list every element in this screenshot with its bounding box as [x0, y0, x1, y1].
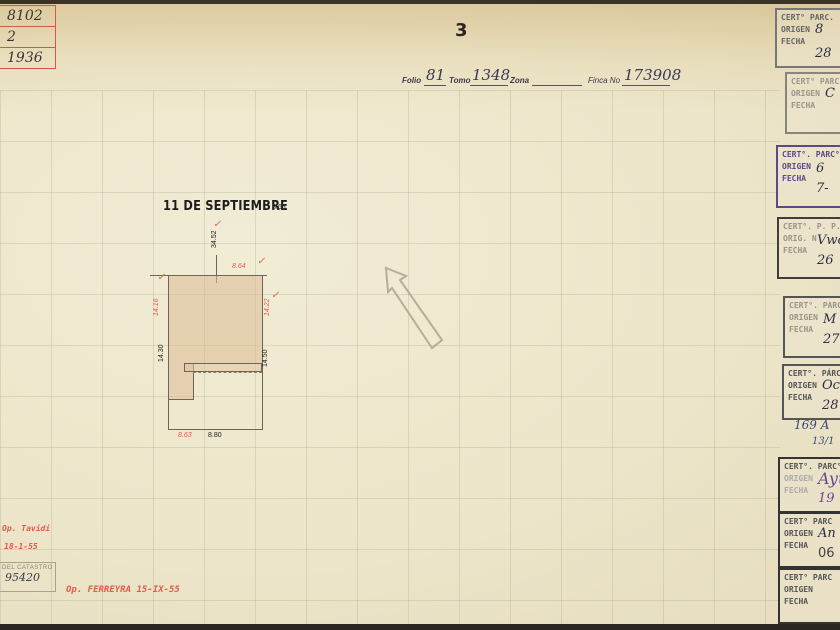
parcel-certificate-stamp: CERT° PARC. ORIGEN FECHA C	[785, 72, 840, 134]
north-arrow-icon	[380, 262, 450, 357]
operator-note-1: Op. Tavidi	[2, 524, 50, 533]
stamp-handwriting: 6	[816, 161, 824, 176]
folio-value: 81	[426, 66, 445, 84]
street-width: 8.65	[272, 204, 286, 211]
zona-label: Zona	[510, 76, 529, 85]
finca-label: Finca No	[588, 76, 620, 85]
folio-label: Folio	[402, 76, 421, 85]
front-red-dimension: 8.64	[232, 263, 246, 270]
check-mark: ✓	[213, 219, 221, 230]
cadastre-box-value: 95420	[0, 571, 55, 584]
left-red-dimension: 14.16	[153, 298, 160, 316]
stamp-handwriting: M	[823, 312, 836, 327]
stamp-handwriting: 28	[822, 398, 839, 413]
folio-line: Folio 81 Tomo 1348 Zona Finca No 173908	[402, 66, 722, 88]
scan-top-edge	[0, 0, 840, 4]
zona-underline	[532, 85, 582, 86]
finca-underline	[622, 85, 670, 86]
stamp-handwriting: An	[818, 526, 836, 541]
document-sheet: 8102 2 1936 3 Folio 81 Tomo 1348 Zona Fi…	[0, 0, 840, 624]
stamp-handwriting: 7-	[816, 181, 829, 196]
check-mark: ✓	[271, 290, 279, 301]
grid-background	[0, 90, 780, 624]
check-mark: ✓	[157, 272, 165, 283]
folio-underline	[424, 85, 446, 86]
tomo-value: 1348	[472, 66, 510, 84]
stamp-handwriting: 19	[818, 491, 835, 506]
right-black-dimension: 14.50	[262, 349, 269, 367]
stamp-handwriting: C	[825, 86, 835, 101]
page-number: 3	[455, 20, 468, 41]
parcel-certificate-stamp: CERT°. PARC°. ORIGEN FECHA Ayu 19	[778, 457, 840, 513]
right-red-dimension: 14.22	[264, 298, 271, 316]
street-name: 11 DE SEPTIEMBRE	[163, 199, 288, 214]
stamp-handwriting: 27	[823, 332, 840, 347]
finca-value: 173908	[624, 66, 681, 84]
stamp-handwriting: 28	[815, 46, 832, 61]
left-black-dimension: 14.30	[158, 344, 165, 362]
scan-bottom-edge	[0, 624, 840, 630]
bottom-red-dimension: 8.63	[178, 432, 192, 439]
red-box-row: 2	[0, 27, 55, 48]
bottom-black-dimension: 8.80	[208, 432, 222, 439]
parcel-certificate-stamp: CERT° PARC ORIGEN FECHA	[778, 568, 840, 624]
parcel-certificate-stamp: CERT°. P. P. ORIG. N FECHA Vwo 26	[777, 217, 840, 279]
cadastre-box: DEL CATASTRO 95420	[0, 562, 56, 592]
red-box-row: 1936	[0, 48, 55, 68]
stamp-extra-handwriting: 169 A	[794, 418, 829, 432]
stamp-extra-handwriting: 13/1	[812, 436, 834, 447]
check-mark: ✓	[257, 256, 265, 267]
stamp-handwriting: Vwo	[817, 233, 840, 248]
tomo-underline	[470, 85, 508, 86]
stamp-handwriting: 26	[817, 253, 834, 268]
operator-note-2: Op. FERREYRA 15-IX-55	[66, 585, 180, 595]
parcel-certificate-stamp: CERT° PARC ORIGEN FECHA An 06	[778, 512, 840, 568]
parcel-certificate-stamp: CERT°. PÁRC ORIGEN FECHA Oc 28	[782, 364, 840, 420]
stamp-handwriting: Ayu	[818, 469, 840, 488]
cadastre-box-header: DEL CATASTRO	[0, 563, 55, 571]
plot-outline	[168, 275, 263, 430]
stamp-date: 06	[818, 546, 835, 561]
stamp-handwriting: Oc	[822, 378, 840, 393]
registry-red-box: 8102 2 1936	[0, 5, 56, 69]
red-box-row: 8102	[0, 6, 55, 27]
operator-note-1-date: 18-1-55	[4, 542, 38, 551]
parcel-certificate-stamp: CERT° PARC. ORIGEN FECHA 8 28	[775, 8, 840, 68]
parcel-certificate-stamp: CERT°. PARC° ORIGEN FECHA M 27	[783, 296, 840, 358]
parcel-certificate-stamp: CERT°. PARC° ORIGEN FECHA 6 7-	[776, 145, 840, 208]
stamp-handwriting: 8	[815, 22, 823, 37]
front-depth-dimension: 34.52	[211, 230, 218, 248]
tomo-label: Tomo	[449, 76, 470, 85]
